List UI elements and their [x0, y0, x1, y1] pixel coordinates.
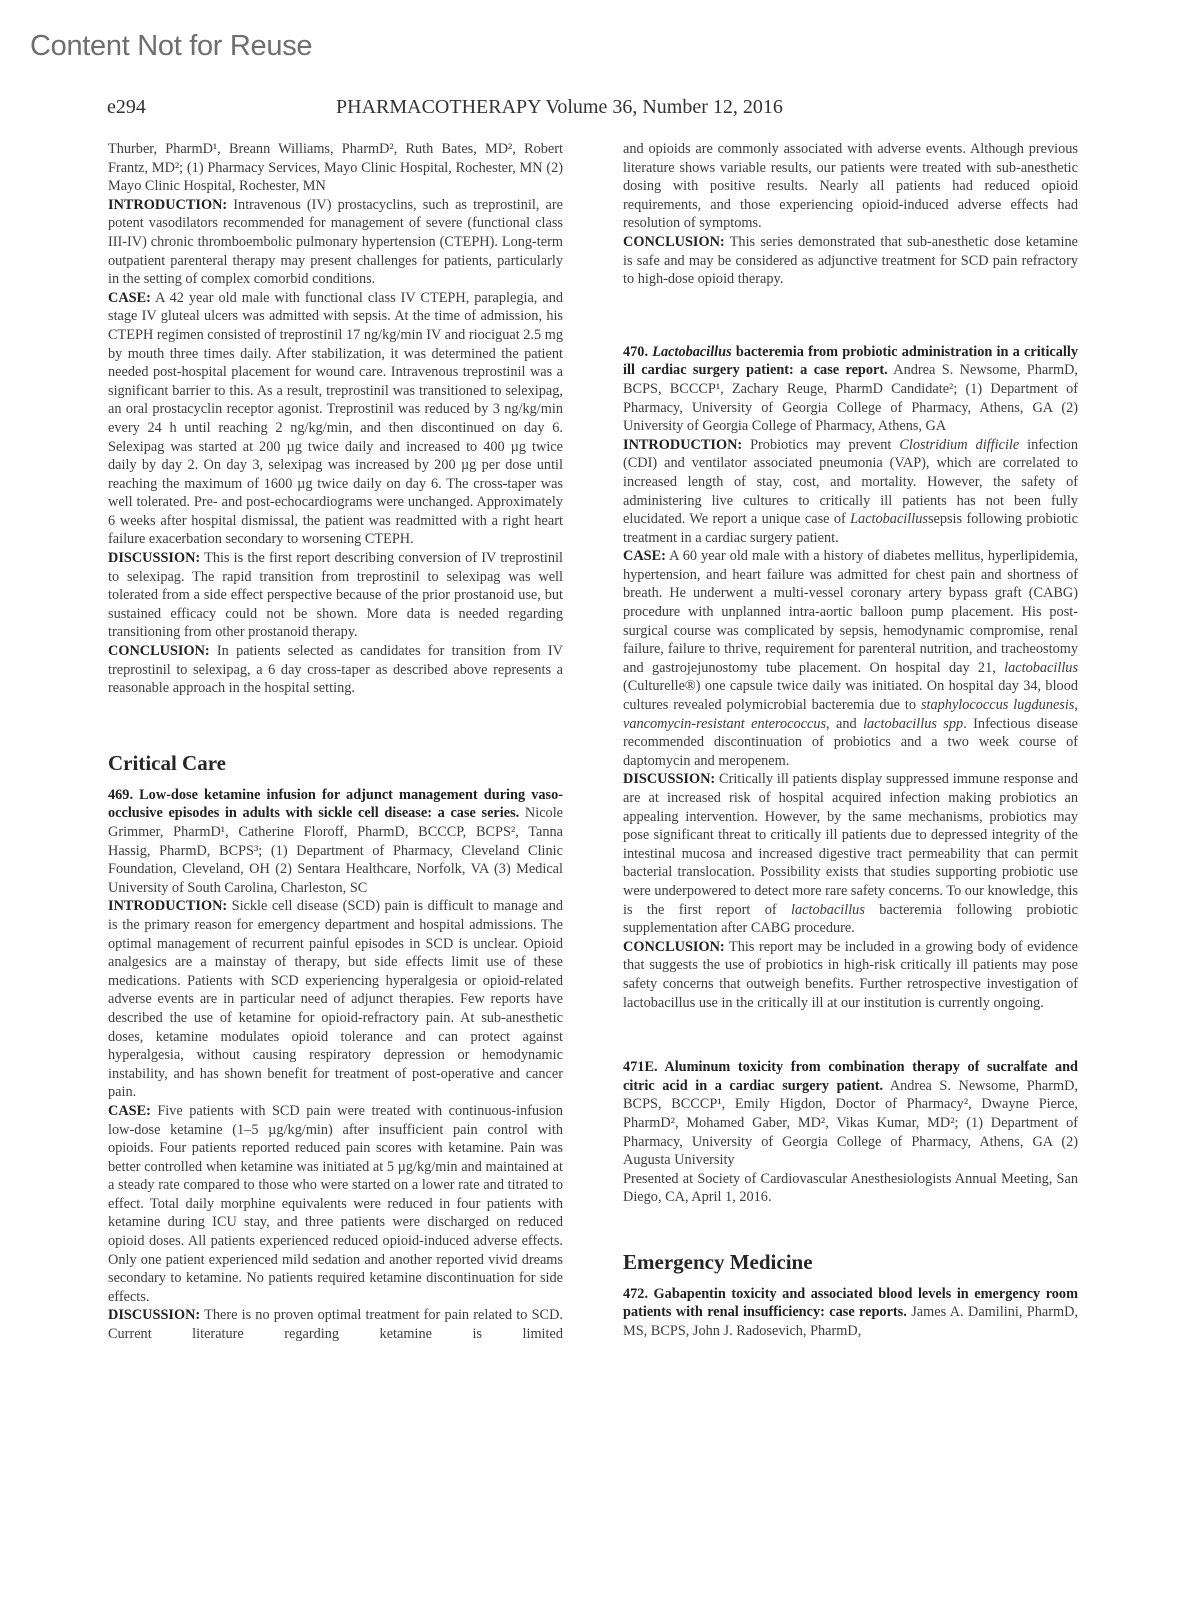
conclusion-label: CONCLUSION:	[623, 234, 725, 250]
presented-note: Presented at Society of Cardiovascular A…	[623, 1170, 1078, 1207]
discussion-label: DISCUSSION:	[108, 550, 200, 566]
abstract-title-block: 470. Lactobacillus bacteremia from probi…	[623, 343, 1078, 436]
abstract-title: 469. Low-dose ketamine infusion for adju…	[108, 787, 563, 822]
case-paragraph: CASE: Five patients with SCD pain were t…	[108, 1102, 563, 1307]
case-text: A 42 year old male with functional class…	[108, 290, 563, 548]
discussion-label: DISCUSSION:	[623, 771, 715, 787]
discussion-label: DISCUSSION:	[108, 1307, 200, 1323]
abstract-472: 472. Gabapentin toxicity and associated …	[623, 1285, 1078, 1341]
case-paragraph: CASE: A 60 year old male with a history …	[623, 547, 1078, 770]
conclusion-label: CONCLUSION:	[108, 643, 210, 659]
abstract-470: 470. Lactobacillus bacteremia from probi…	[623, 343, 1078, 1012]
conclusion-paragraph: CONCLUSION: This series demonstrated tha…	[623, 233, 1078, 289]
section-heading-emergency-medicine: Emergency Medicine	[623, 1249, 1078, 1275]
abstract-469: 469. Low-dose ketamine infusion for adju…	[108, 786, 563, 1344]
section-heading-critical-care: Critical Care	[108, 750, 563, 776]
spacer	[623, 289, 1078, 343]
introduction-label: INTRODUCTION:	[108, 197, 227, 213]
case-label: CASE:	[108, 1103, 151, 1119]
case-paragraph: CASE: A 42 year old male with functional…	[108, 289, 563, 549]
abstract-471E: 471E. Aluminum toxicity from combination…	[623, 1058, 1078, 1207]
case-text: Five patients with SCD pain were treated…	[108, 1103, 563, 1305]
abstract-title-block: 471E. Aluminum toxicity from combination…	[623, 1058, 1078, 1170]
introduction-paragraph: INTRODUCTION: Probiotics may prevent Clo…	[623, 436, 1078, 548]
author-affiliations: Thurber, PharmD¹, Breann Williams, Pharm…	[108, 140, 563, 196]
introduction-text: Sickle cell disease (SCD) pain is diffic…	[108, 898, 563, 1100]
discussion-paragraph: DISCUSSION: There is no proven optimal t…	[108, 1306, 563, 1343]
discussion-paragraph: DISCUSSION: This is the first report des…	[108, 549, 563, 642]
introduction-label: INTRODUCTION:	[623, 437, 742, 453]
conclusion-paragraph: CONCLUSION: In patients selected as cand…	[108, 642, 563, 698]
discussion-paragraph: DISCUSSION: Critically ill patients disp…	[623, 770, 1078, 937]
running-header: e294 PHARMACOTHERAPY Volume 36, Number 1…	[107, 96, 1082, 126]
introduction-label: INTRODUCTION:	[108, 898, 227, 914]
spacer	[623, 1012, 1078, 1058]
conclusion-paragraph: CONCLUSION: This report may be included …	[623, 938, 1078, 1012]
conclusion-label: CONCLUSION:	[623, 939, 725, 955]
journal-citation: PHARMACOTHERAPY Volume 36, Number 12, 20…	[336, 96, 783, 119]
right-column: and opioids are commonly associated with…	[623, 140, 1078, 1341]
page-number: e294	[107, 96, 146, 119]
introduction-paragraph: INTRODUCTION: Intravenous (IV) prostacyc…	[108, 196, 563, 289]
abstract-title-block: 472. Gabapentin toxicity and associated …	[623, 1285, 1078, 1341]
abstract-468-continued: Thurber, PharmD¹, Breann Williams, Pharm…	[108, 140, 563, 698]
case-label: CASE:	[623, 548, 666, 564]
case-label: CASE:	[108, 290, 151, 306]
left-column: Thurber, PharmD¹, Breann Williams, Pharm…	[108, 140, 563, 1344]
watermark: Content Not for Reuse	[30, 30, 312, 63]
discussion-continued: and opioids are commonly associated with…	[623, 140, 1078, 233]
abstract-title-block: 469. Low-dose ketamine infusion for adju…	[108, 786, 563, 898]
introduction-paragraph: INTRODUCTION: Sickle cell disease (SCD) …	[108, 897, 563, 1102]
abstract-469-continued: and opioids are commonly associated with…	[623, 140, 1078, 289]
